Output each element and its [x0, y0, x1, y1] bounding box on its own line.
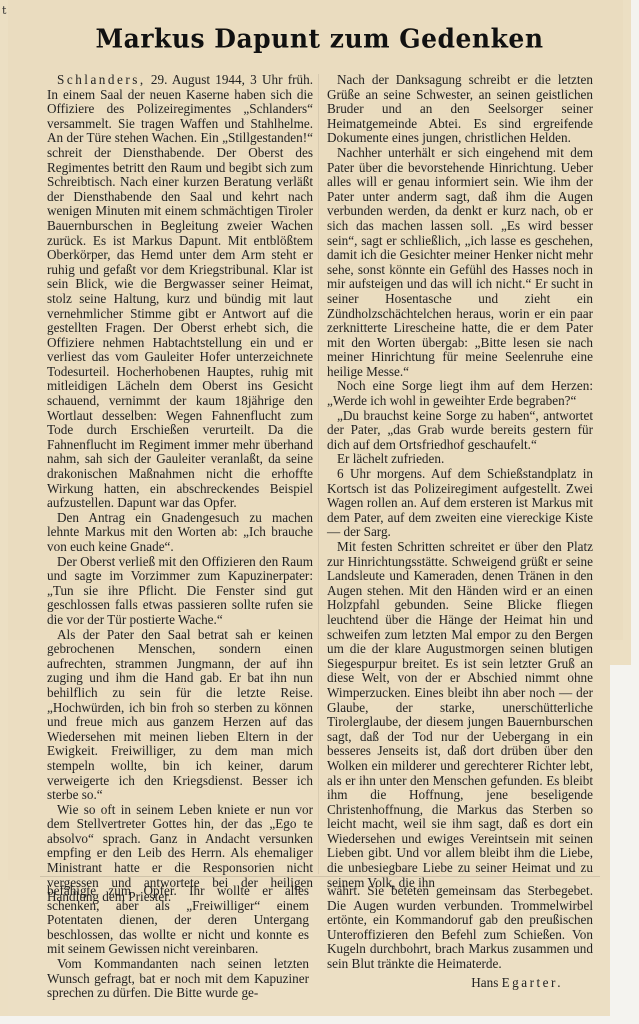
paragraph: Schlanders, 29. August 1944, 3 Uhr früh.…	[47, 73, 313, 511]
paragraph: Vom Kommandanten nach seinen letzten Wun…	[47, 957, 309, 1001]
article-column-3: befähigte zum Opfer. Ihr wollte er alles…	[47, 884, 309, 1001]
author-signature: Hans Egarter.	[327, 976, 593, 991]
column-divider	[318, 74, 319, 874]
article-title: Markus Dapunt zum Gedenken	[0, 23, 639, 53]
scan-background	[620, 915, 639, 1024]
dateline-place: Schlanders,	[57, 72, 146, 87]
paragraph: Den Antrag ein Gnadengesuch zu machen le…	[47, 511, 313, 555]
paragraph: „Du brauchst keine Sorge zu haben“, antw…	[327, 409, 593, 453]
paragraph: Er lächelt zufrieden.	[327, 452, 593, 467]
paragraph: Mit festen Schritten schreitet er über d…	[327, 540, 593, 890]
paragraph-text: 29. August 1944, 3 Uhr früh. In einem Sa…	[47, 72, 313, 510]
article-column-2: Nach der Danksagung schreibt er die letz…	[327, 73, 593, 890]
paragraph: Der Oberst verließ mit den Offizieren de…	[47, 555, 313, 628]
article-column-1: Schlanders, 29. August 1944, 3 Uhr früh.…	[47, 73, 313, 905]
paragraph: 6 Uhr morgens. Auf dem Schießstandplatz …	[327, 467, 593, 540]
paragraph: Nach der Danksagung schreibt er die letz…	[327, 73, 593, 146]
paragraph: währt. Sie beteten gemeinsam das Sterbeg…	[327, 884, 593, 972]
paragraph: Nachher unterhält er sich eingehend mit …	[327, 146, 593, 380]
scan-background	[0, 1016, 639, 1024]
paragraph: befähigte zum Opfer. Ihr wollte er alles…	[47, 884, 309, 957]
author-last-name: Egarter.	[502, 975, 563, 990]
paragraph: Noch eine Sorge liegt ihm auf dem Herzen…	[327, 379, 593, 408]
margin-mark: t	[2, 4, 6, 17]
paragraph: Als der Pater den Saal betrat sah er kei…	[47, 628, 313, 803]
article-column-4: währt. Sie beteten gemeinsam das Sterbeg…	[327, 884, 593, 990]
author-first-name: Hans	[471, 975, 501, 990]
